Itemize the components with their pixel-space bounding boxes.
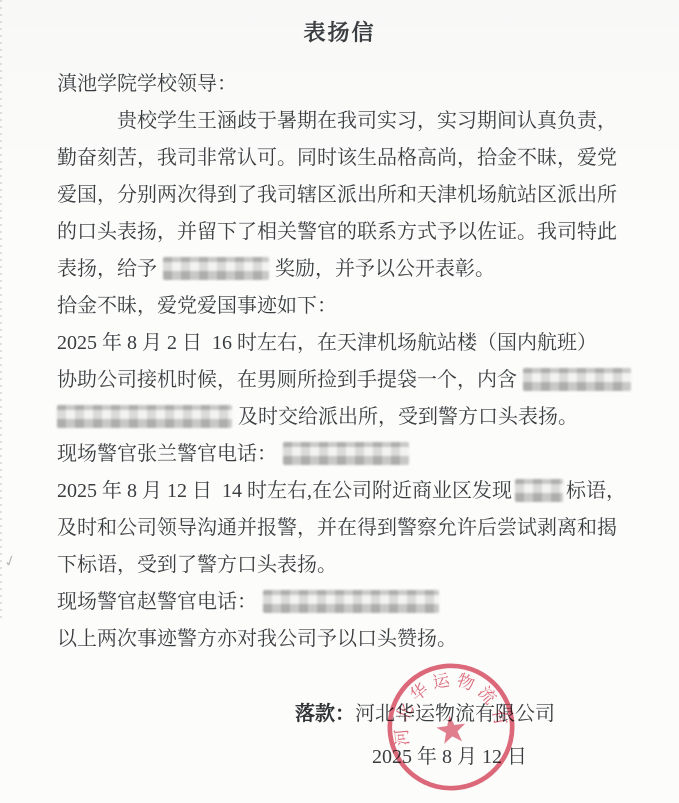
intro-line-3: 爱国，分别两次得到了我司辖区派出所和天津机场航站区派出所	[57, 177, 629, 214]
letter-page: 表扬信 滇池学院学校领导： 贵校学生王涵歧于暑期在我司实习，实习期间认真负责， …	[0, 0, 679, 803]
incident1-officer-text: 现场警官张兰警官电话：	[57, 443, 277, 465]
date-line: 2025 年 8 月 12 日	[57, 739, 629, 776]
closing-line: 以上两次事迹警方亦对我公司予以口头赞扬。	[57, 621, 629, 658]
intro-line-5-text-b: 奖励，并予以公开表彰。	[275, 258, 495, 280]
redacted-phone-blur-2	[263, 590, 439, 613]
intro-line-5-text-a: 表扬，给予	[57, 258, 157, 280]
intro-line-4: 的口头表扬，并留下了相关警官的联系方式予以佐证。我司特此	[57, 214, 629, 251]
redacted-contents-blur-2	[57, 405, 232, 428]
letter-title: 表扬信	[0, 0, 679, 42]
redacted-contents-blur-1	[523, 368, 631, 391]
company-name: 河北华运物流有限公司	[355, 703, 555, 725]
intro-line-5: 表扬，给予奖励，并予以公开表彰。	[57, 251, 629, 288]
incident2-line-3: 下标语，受到了警方口头表扬。	[57, 547, 629, 584]
incident2-officer-line: 现场警官赵警官电话：	[57, 584, 629, 621]
incident2-officer-text: 现场警官赵警官电话：	[57, 591, 257, 613]
intro-line-1: 贵校学生王涵歧于暑期在我司实习，实习期间认真负责，	[57, 103, 629, 140]
incident2-line-1: 2025 年 8 月 12 日 14 时左右,在公司附近商业区发现标语，	[57, 473, 629, 510]
deeds-heading-line: 拾金不昧，爱党爱国事迹如下：	[57, 288, 629, 325]
incident1-line-3-text: 及时交给派出所，受到警方口头表扬。	[238, 406, 578, 428]
intro-line-2: 勤奋刻苦，我司非常认可。同时该生品格高尚，拾金不昧，爱党	[57, 140, 629, 177]
incident1-line-3: 及时交给派出所，受到警方口头表扬。	[57, 399, 629, 436]
scan-artifact-mark: ✓	[1, 551, 19, 573]
incident2-line-1-text-a: 2025 年 8 月 12 日 14 时左右,在公司附近商业区发现	[57, 480, 512, 502]
redacted-phone-blur-1	[283, 442, 409, 465]
letter-body: 滇池学院学校领导： 贵校学生王涵歧于暑期在我司实习，实习期间认真负责， 勤奋刻苦…	[57, 66, 629, 776]
signature-line: 落款：河北华运物流有限公司	[57, 696, 629, 733]
incident2-line-2: 及时和公司领导沟通并报警，并在得到警察允许后尝试剥离和揭	[57, 510, 629, 547]
redacted-banner-blur	[515, 479, 563, 502]
incident1-officer-line: 现场警官张兰警官电话：	[57, 436, 629, 473]
signoff-label: 落款：	[295, 703, 355, 725]
incident1-line-2-text: 协助公司接机时候，在男厕所捡到手提袋一个，内含	[57, 369, 517, 391]
redacted-reward-blur	[163, 257, 269, 280]
incident1-line-2: 协助公司接机时候，在男厕所捡到手提袋一个，内含	[57, 362, 629, 399]
incident1-line-1: 2025 年 8 月 2 日 16 时左右，在天津机场航站楼（国内航班）	[57, 325, 629, 362]
salutation-line: 滇池学院学校领导：	[57, 66, 629, 103]
incident2-line-1-text-b: 标语，	[566, 480, 626, 502]
